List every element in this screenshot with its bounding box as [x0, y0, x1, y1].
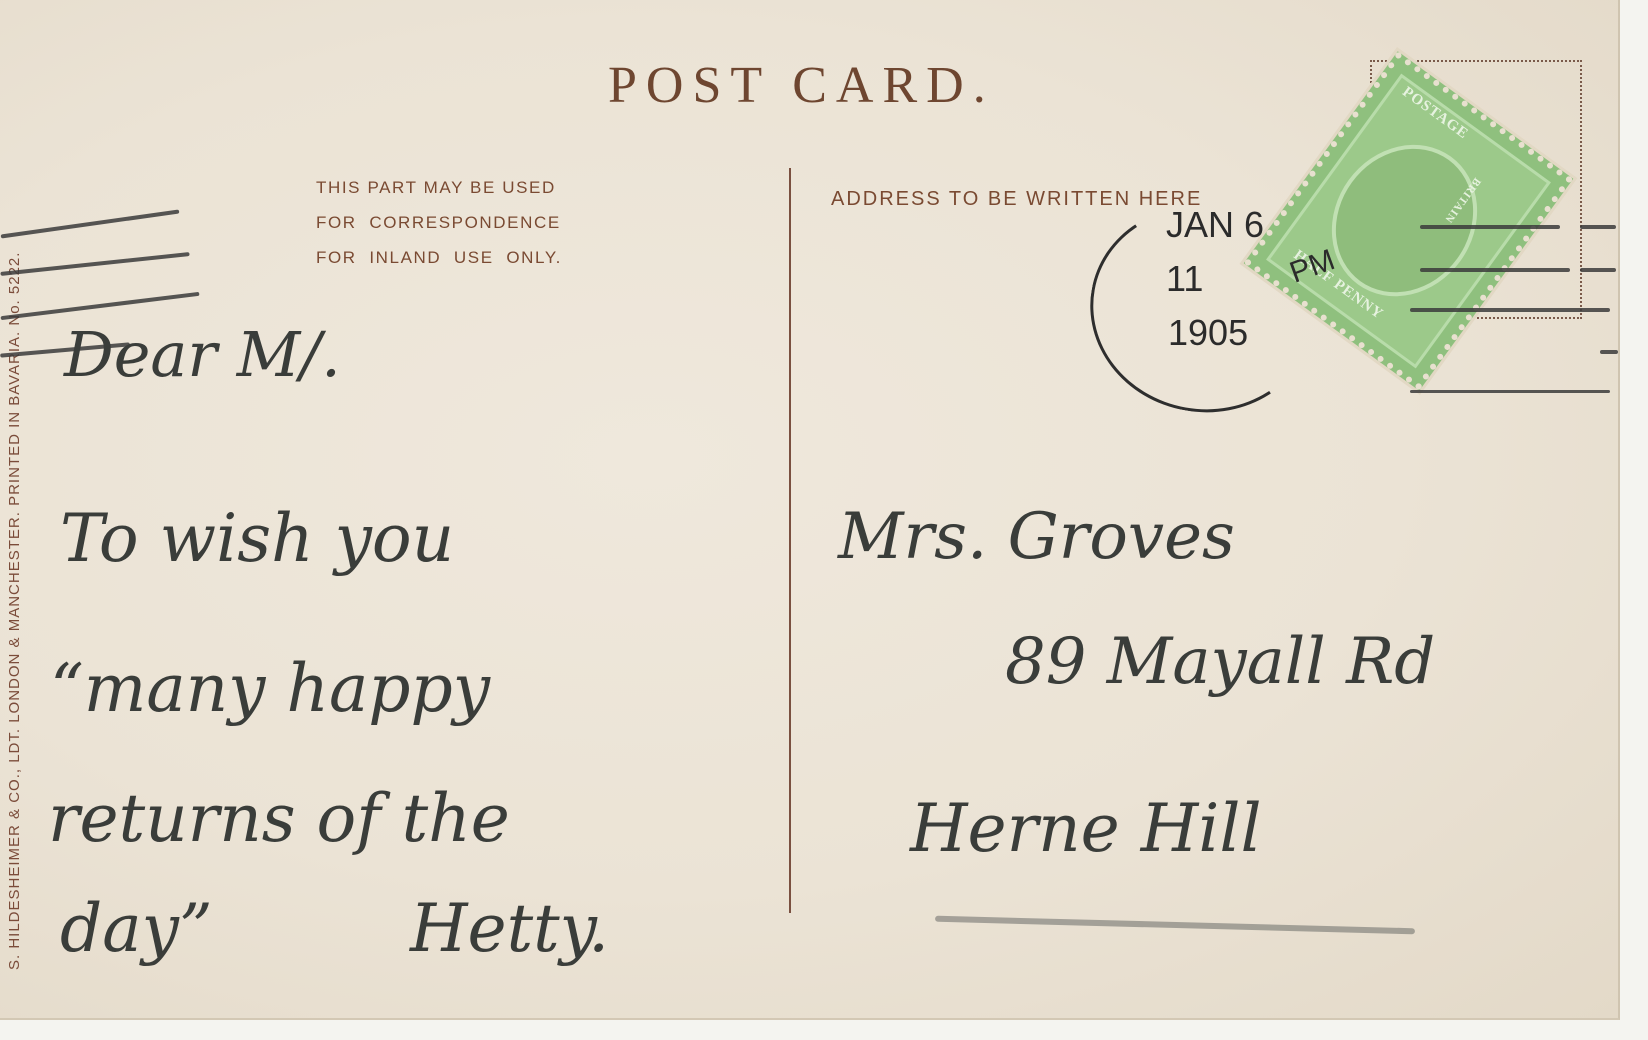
cancel-bar — [1580, 225, 1616, 229]
cancel-bar — [1420, 268, 1570, 272]
address-label: ADDRESS TO BE WRITTEN HERE — [831, 188, 1202, 211]
message-signature: Hetty. — [410, 890, 609, 967]
center-divider — [789, 168, 791, 913]
address-town: Herne Hill — [910, 790, 1262, 867]
address-street: 89 Mayall Rd — [1005, 625, 1435, 699]
publisher-imprint: S. HILDESHEIMER & CO., LDT. LONDON & MAN… — [6, 252, 23, 970]
message-line: day” — [60, 890, 213, 967]
cancel-bar — [1410, 308, 1610, 312]
correspondence-note-line: FOR INLAND USE ONLY. — [316, 240, 562, 275]
cancel-bar — [0, 252, 189, 276]
cancel-bar — [1410, 390, 1610, 393]
cancel-bar — [1, 209, 180, 238]
cancel-bar — [1580, 268, 1616, 272]
postmark-year: 1905 — [1168, 312, 1248, 354]
cancel-bar — [1600, 350, 1618, 354]
correspondence-note-line: THIS PART MAY BE USED — [316, 170, 562, 205]
postcard-back: POST CARD. S. HILDESHEIMER & CO., LDT. L… — [0, 0, 1620, 1020]
correspondence-note-line: FOR CORRESPONDENCE — [316, 205, 562, 240]
message-salutation: Dear M/. — [64, 318, 341, 391]
correspondence-note: THIS PART MAY BE USED FOR CORRESPONDENCE… — [316, 170, 562, 275]
address-name: Mrs. Groves — [838, 500, 1235, 574]
cancel-bar — [1, 292, 200, 320]
postmark-hour: 11 — [1166, 258, 1203, 300]
postcard-title: POST CARD. — [608, 56, 995, 115]
postmark-date: JAN 6 — [1166, 204, 1264, 246]
address-underline — [935, 916, 1415, 935]
cancel-bar — [1420, 225, 1560, 229]
message-line: returns of the — [48, 780, 510, 857]
message-line: To wish you — [60, 500, 454, 577]
message-line: “many happy — [50, 650, 490, 727]
